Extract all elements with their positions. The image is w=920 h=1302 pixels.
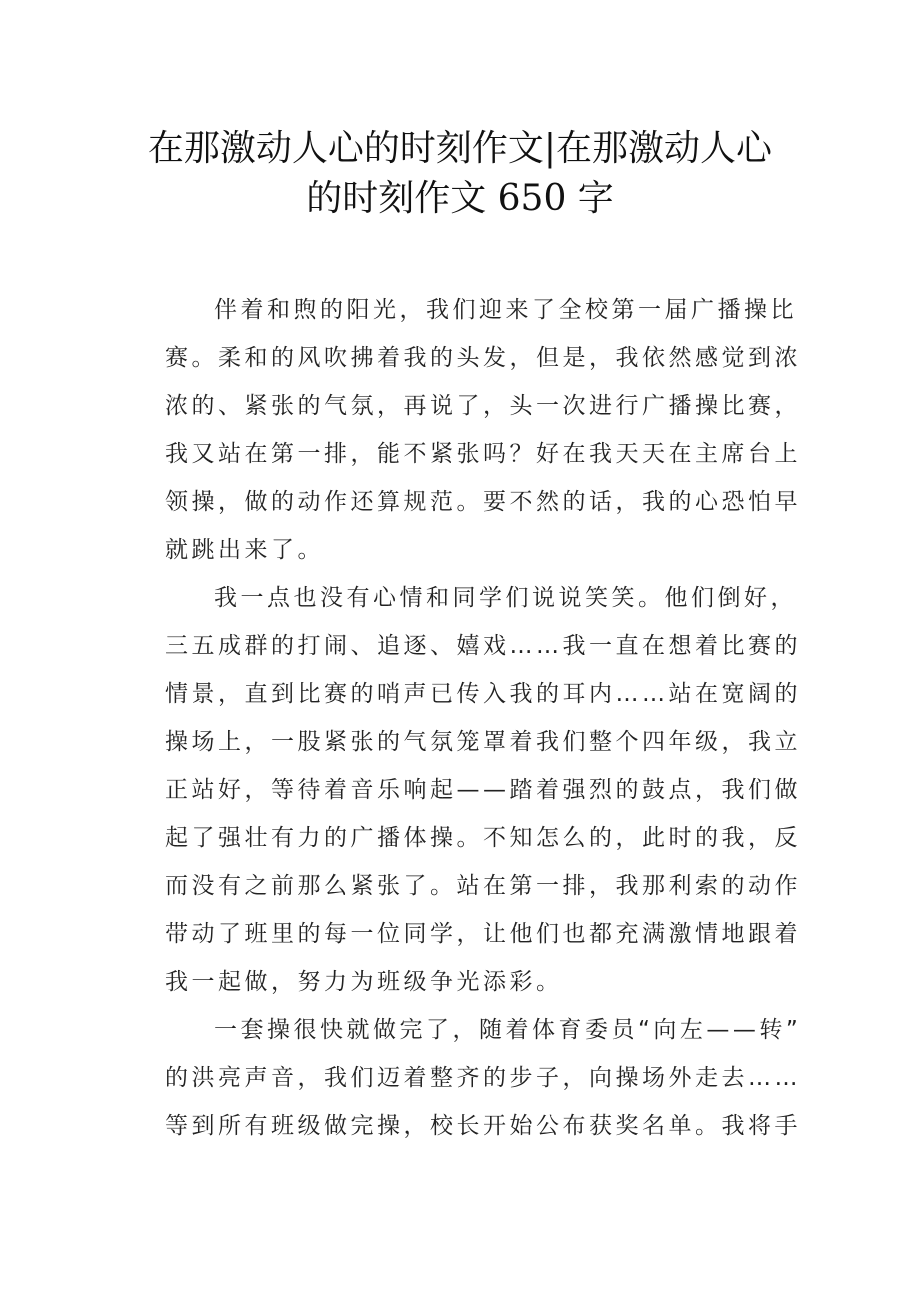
body-line: 等到所有班级做完操，校长开始公布获奖名单。我将手 xyxy=(165,1102,761,1150)
body-line: 我一起做，努力为班级争光添彩。 xyxy=(165,958,761,1006)
body-line: 而没有之前那么紧张了。站在第一排，我那利索的动作 xyxy=(165,862,761,910)
body-line: 的洪亮声音，我们迈着整齐的步子，向操场外走去…… xyxy=(165,1054,761,1102)
body-line: 就跳出来了。 xyxy=(165,526,761,574)
title-line-2: 的时刻作文 650 字 xyxy=(100,174,820,224)
body-line: 我又站在第一排，能不紧张吗？好在我天天在主席台上 xyxy=(165,430,761,478)
body-line: 操场上，一股紧张的气氛笼罩着我们整个四年级，我立 xyxy=(165,718,761,766)
body-line: 伴着和煦的阳光，我们迎来了全校第一届广播操比 xyxy=(165,286,761,334)
body-line: 带动了班里的每一位同学，让他们也都充满激情地跟着 xyxy=(165,910,761,958)
body-line: 浓的、紧张的气氛，再说了，头一次进行广播操比赛， xyxy=(165,382,761,430)
body-line: 一套操很快就做完了，随着体育委员“向左——转” xyxy=(165,1006,761,1054)
body-line: 起了强壮有力的广播体操。不知怎么的，此时的我，反 xyxy=(165,814,761,862)
body-line: 我一点也没有心情和同学们说说笑笑。他们倒好， xyxy=(165,574,761,622)
body-line: 赛。柔和的风吹拂着我的头发，但是，我依然感觉到浓 xyxy=(165,334,761,382)
document-page: 在那激动人心的时刻作文|在那激动人心 的时刻作文 650 字 伴着和煦的阳光，我… xyxy=(0,0,920,1302)
body-line: 三五成群的打闹、追逐、嬉戏……我一直在想着比赛的 xyxy=(165,622,761,670)
body-line: 正站好，等待着音乐响起——踏着强烈的鼓点，我们做 xyxy=(165,766,761,814)
document-body: 伴着和煦的阳光，我们迎来了全校第一届广播操比 赛。柔和的风吹拂着我的头发，但是，… xyxy=(165,286,761,1150)
document-title: 在那激动人心的时刻作文|在那激动人心 的时刻作文 650 字 xyxy=(100,124,820,224)
title-line-1: 在那激动人心的时刻作文|在那激动人心 xyxy=(100,124,820,174)
body-line: 领操，做的动作还算规范。要不然的话，我的心恐怕早 xyxy=(165,478,761,526)
body-line: 情景，直到比赛的哨声已传入我的耳内……站在宽阔的 xyxy=(165,670,761,718)
